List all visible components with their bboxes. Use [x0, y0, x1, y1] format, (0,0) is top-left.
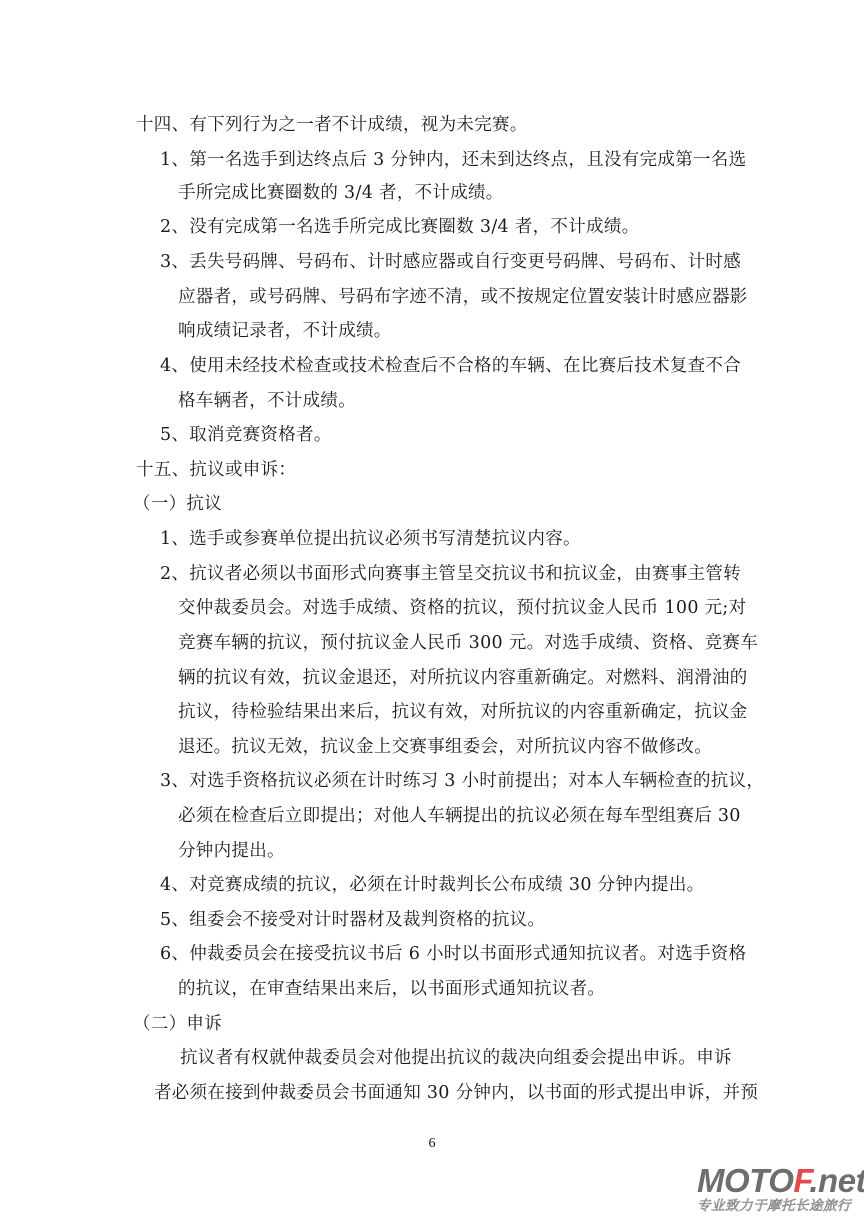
text-line: 2、抗议者必须以书面形式向赛事主管呈交抗议书和抗议金，由赛事主管转 — [160, 563, 741, 585]
text-line: 4、对竞赛成绩的抗议，必须在计时裁判长公布成绩 30 分钟内提出。 — [160, 874, 704, 896]
text-line: 3、对选手资格抗议必须在计时练习 3 小时前提出；对本人车辆检查的抗议， — [160, 770, 764, 792]
watermark-brand-suffix: .net — [809, 1162, 864, 1199]
watermark-brand: MOTOF.net — [697, 1164, 861, 1198]
watermark-brand-accent: F — [793, 1162, 809, 1199]
watermark-tagline: 专业致力于摩托长途旅行 — [697, 1198, 861, 1214]
text-line: 5、取消竞赛资格者。 — [160, 424, 332, 446]
text-line: 响成绩记录者，不计成绩。 — [178, 320, 392, 342]
text-line: 十四、有下列行为之一者不计成绩，视为未完赛。 — [136, 114, 528, 136]
text-line: 抗议，待检验结果出来后，抗议有效，对所抗议的内容重新确定，抗议金 — [178, 701, 748, 723]
text-line: 4、使用未经技术检查或技术检查后不合格的车辆、在比赛后技术复查不合 — [160, 355, 741, 377]
text-line: 竞赛车辆的抗议，预付抗议金人民币 300 元。对选手成绩、资格、竞赛车 — [178, 632, 758, 654]
text-line: （一）抗议 — [133, 493, 222, 515]
text-line: 1、选手或参赛单位提出抗议必须书写清楚抗议内容。 — [160, 528, 581, 550]
text-line: 的抗议，在审查结果出来后，以书面形式通知抗议者。 — [178, 978, 605, 1000]
text-line: 辆的抗议有效，抗议金退还，对所抗议内容重新确定。对燃料、润滑油的 — [178, 667, 748, 689]
text-line: 者必须在接到仲裁委员会书面通知 30 分钟内，以书面的形式提出申诉，并预 — [154, 1082, 758, 1104]
text-line: 必须在检查后立即提出；对他人车辆提出的抗议必须在每车型组赛后 30 — [178, 805, 741, 827]
text-line: 2、没有完成第一名选手所完成比赛圈数 3/4 者，不计成绩。 — [160, 216, 639, 238]
watermark-logo: MOTOF.net 专业致力于摩托长途旅行 — [697, 1164, 861, 1216]
text-line: 退还。抗议无效，抗议金上交赛事组委会，对所抗议内容不做修改。 — [178, 736, 712, 758]
text-line: 交仲裁委员会。对选手成绩、资格的抗议，预付抗议金人民币 100 元;对 — [178, 597, 746, 619]
page-number: 6 — [0, 1136, 864, 1152]
text-line: （二）申诉 — [133, 1013, 222, 1035]
text-line: 抗议者有权就仲裁委员会对他提出抗议的裁决向组委会提出申诉。申诉 — [180, 1047, 732, 1069]
watermark-brand-main: MOTO — [697, 1162, 793, 1199]
text-line: 格车辆者，不计成绩。 — [178, 390, 356, 412]
text-line: 手所完成比赛圈数的 3/4 者，不计成绩。 — [178, 182, 504, 204]
text-line: 5、组委会不接受对计时器材及裁判资格的抗议。 — [160, 909, 545, 931]
text-line: 3、丢失号码牌、号码布、计时感应器或自行变更号码牌、号码布、计时感 — [160, 251, 741, 273]
text-line: 6、仲裁委员会在接受抗议书后 6 小时以书面形式通知抗议者。对选手资格 — [160, 943, 746, 965]
text-line: 十五、抗议或申诉： — [136, 459, 296, 481]
text-line: 1、第一名选手到达终点后 3 分钟内，还未到达终点，且没有完成第一名选 — [160, 149, 746, 171]
text-line: 应器者，或号码牌、号码布字迹不清，或不按规定位置安装计时感应器影 — [178, 286, 748, 308]
text-line: 分钟内提出。 — [178, 840, 285, 862]
